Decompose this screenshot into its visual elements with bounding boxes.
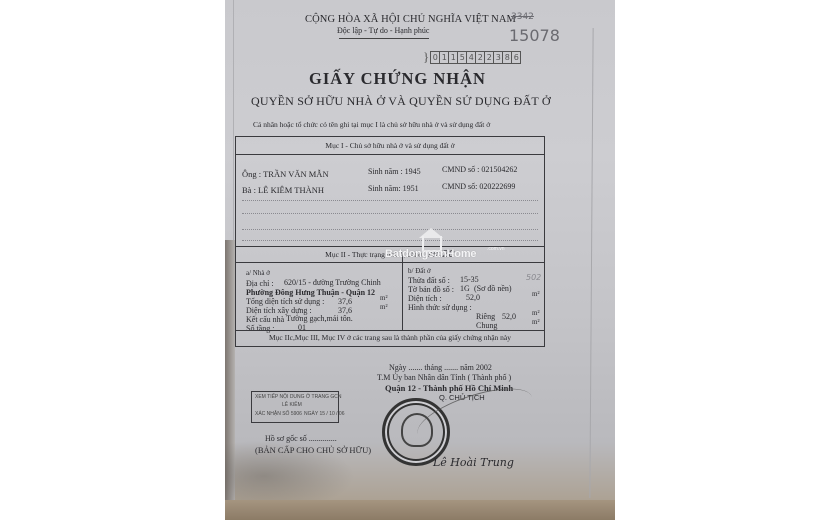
certificate-table: Mục I - Chủ sở hữu nhà ở và sử dụng đất …: [235, 136, 545, 347]
map-note: (Sơ đồ nền): [474, 284, 512, 293]
owner-1-birth: Sinh năm : 1945: [368, 167, 421, 176]
serial-prefix: }: [423, 49, 429, 65]
owner-2-birth: Sinh năm: 1951: [368, 184, 419, 193]
document-title: GIẤY CHỨNG NHẬN: [309, 69, 486, 89]
margin-note: 502: [526, 273, 541, 282]
land-area-unit: m²: [532, 290, 540, 298]
structure-value: Tường gạch,mái tôn.: [286, 314, 353, 323]
plot-label: Thửa đất số :: [408, 276, 450, 285]
house-label: a/ Nhà ở: [246, 269, 270, 277]
land-label: b/ Đất ở: [408, 267, 431, 275]
stamp-line-4: NGÀY 15 / 10 / 06: [304, 411, 345, 417]
owner-1-name: Ông : TRẦN VĂN MẪN: [242, 169, 329, 179]
total-area-value: 37,6: [338, 297, 352, 306]
serial-digit: 6: [511, 51, 521, 64]
column-divider: [402, 255, 403, 330]
watermark-domain: .com.vn: [487, 246, 505, 252]
usage-label: Hình thức sử dụng :: [408, 303, 472, 312]
handwritten-number-2: 15078: [509, 26, 560, 45]
stamp-line-2: LÊ KIÊM: [282, 402, 302, 408]
address-label: Địa chỉ :: [246, 279, 274, 288]
stamp-line-3: XÁC NHẬN SỐ 5906: [255, 411, 302, 417]
map-value: 1G: [460, 284, 470, 293]
motto: Độc lập - Tự do - Hạnh phúc: [337, 26, 429, 35]
plot-value: 15-35: [460, 275, 479, 284]
floors-label: Số tầng :: [246, 324, 274, 333]
owner-2-name: Bà : LÊ KIÊM THÀNH: [242, 185, 324, 195]
watermark-text: BatdongsanHome: [385, 248, 476, 260]
land-area-value: 52,0: [466, 293, 480, 302]
total-area-label: Tổng diện tích sử dụng :: [246, 297, 324, 306]
blank-line: [242, 240, 538, 241]
intro-text: Cá nhân hoặc tổ chức có tên ghi tại mục …: [253, 120, 490, 129]
owner-2-id: CMND số: 020222699: [442, 182, 515, 191]
address-line-1: 620/15 - đường Trường Chinh: [284, 278, 381, 287]
total-area-unit: m²: [380, 294, 388, 302]
serial-number: } 0 1 1 5 4 2 2 3 8 6: [423, 49, 521, 65]
map-label: Tờ bản đồ số :: [408, 285, 454, 294]
divider: [236, 154, 544, 155]
signing-authority-1: T.M Ủy ban Nhân dân Tỉnh ( Thành phố ): [377, 373, 511, 382]
owner-1-id: CMND số : 021504262: [442, 165, 517, 174]
build-area-unit: m²: [380, 303, 388, 311]
document-subtitle: QUYỀN SỞ HỮU NHÀ Ở VÀ QUYỀN SỬ DỤNG ĐẤT …: [251, 94, 551, 109]
copy-note: (BẢN CẤP CHO CHỦ SỞ HỮU): [255, 445, 371, 455]
divider: [236, 330, 544, 331]
divider: [236, 262, 544, 263]
signing-date: Ngày ....... tháng ....... năm 2002: [389, 363, 492, 372]
blank-line: [242, 213, 538, 214]
section1-heading: Mục I - Chủ sở hữu nhà ở và sử dụng đất …: [236, 141, 544, 150]
private-label: Riêng: [476, 312, 495, 321]
section2-footer: Mục IIc,Mục III, Mục IV ở các trang sau …: [236, 333, 544, 342]
address-line-2: Phường Đông Hưng Thuận - Quận 12: [246, 288, 375, 297]
country-header: CỘNG HÒA XÃ HỘI CHỦ NGHĨA VIỆT NAM: [305, 14, 516, 25]
confirmation-stamp: XEM TIẾP NỘI DUNG Ở TRANG GCN LÊ KIÊM XÁ…: [251, 391, 339, 423]
origin-record: Hồ sơ gốc số ..............: [265, 434, 337, 443]
page-fold: [589, 28, 593, 498]
blank-line: [242, 229, 538, 230]
table-surface: [225, 500, 615, 520]
stamp-line-1: XEM TIẾP NỘI DUNG Ở TRANG GCN: [255, 394, 342, 400]
blank-line: [242, 200, 538, 201]
shared-label: Chung: [476, 321, 497, 330]
land-area-label: Diện tích :: [408, 294, 442, 303]
shared-unit: m²: [532, 318, 540, 326]
motto-underline: [339, 38, 429, 39]
certificate-photo: CỘNG HÒA XÃ HỘI CHỦ NGHĨA VIỆT NAM Độc l…: [225, 0, 615, 520]
private-unit: m²: [532, 309, 540, 317]
structure-label: Kết cấu nhà: [246, 315, 284, 324]
private-value: 52,0: [502, 312, 516, 321]
signer-name: Lê Hoài Trung: [433, 456, 514, 469]
handwritten-number-1: 3342: [511, 12, 534, 22]
